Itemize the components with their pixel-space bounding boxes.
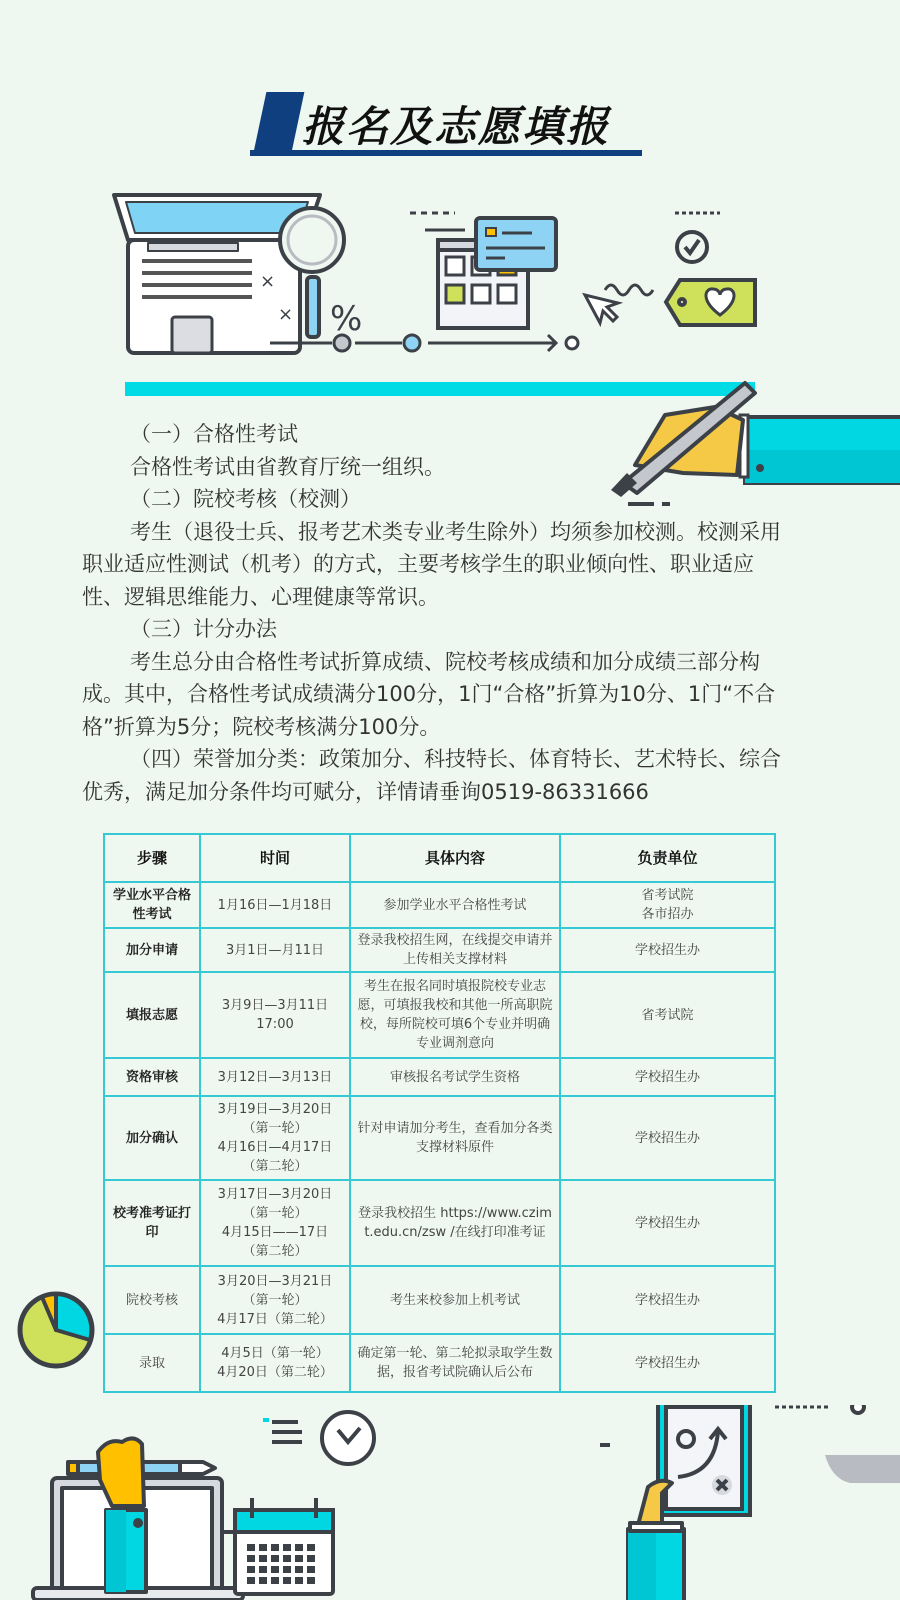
table-row: 院校考核 3月20日—3月21日（第一轮）4月17日（第二轮） 考生来校参加上机… (104, 1266, 775, 1334)
cell-content: 参加学业水平合格性考试 (350, 882, 560, 928)
cell-step: 填报志愿 (104, 972, 200, 1058)
cell-time: 3月19日—3月20日（第一轮）4月16日—4月17日（第二轮） (200, 1096, 350, 1180)
cell-step: 校考准考证打印 (104, 1180, 200, 1266)
clock-icon (322, 1412, 374, 1464)
cell-unit: 省考试院 (560, 972, 775, 1058)
time-line: （第一轮） (205, 1119, 345, 1138)
content-text: （一）合格性考试 合格性考试由省教育厅统一组织。 （二）院校考核（校测） 考生（… (82, 418, 802, 808)
decorative-dashes (410, 213, 465, 230)
cell-content: 登录我校招生网，在线提交申请并上传相关支撑材料 (350, 928, 560, 972)
title-accent-bar (254, 92, 305, 152)
table-row: 校考准考证打印 3月17日—3月20日（第一轮）4月15日——17日（第二轮） … (104, 1180, 775, 1266)
unit-line: 学校招生办 (565, 1291, 770, 1310)
table-row: 加分确认 3月19日—3月20日（第一轮）4月16日—4月17日（第二轮） 针对… (104, 1096, 775, 1180)
header-unit: 负责单位 (560, 834, 775, 882)
cell-content: 确定第一轮、第二轮拟录取学生数据，报省考试院确认后公布 (350, 1334, 560, 1392)
cell-time: 3月12日—3月13日 (200, 1058, 350, 1096)
calendar-icon (235, 1498, 333, 1594)
unit-line: 省考试院 (565, 1006, 770, 1025)
time-line: 4月17日（第二轮） (205, 1310, 345, 1329)
cell-time: 1月16日—1月18日 (200, 882, 350, 928)
table-row: 资格审核 3月12日—3月13日 审核报名考试学生资格 学校招生办 (104, 1058, 775, 1096)
section-heading: （二）院校考核（校测） (82, 483, 802, 516)
time-line: 3月1日—月11日 (205, 941, 345, 960)
time-line: 4月16日—4月17日 (205, 1138, 345, 1157)
cell-time: 3月9日—3月11日17:00 (200, 972, 350, 1058)
cell-content: 针对申请加分考生，查看加分各类支撑材料原件 (350, 1096, 560, 1180)
time-line: 17:00 (205, 1015, 345, 1034)
cell-unit: 学校招生办 (560, 1334, 775, 1392)
unit-line: 学校招生办 (565, 1354, 770, 1373)
cursor-icon (585, 285, 653, 323)
unit-line: 学校招生办 (565, 941, 770, 960)
section-body: 考生总分由合格性考试折算成绩、院校考核成绩和加分成绩三部分构成。其中，合格性考试… (82, 646, 787, 744)
cell-unit: 学校招生办 (560, 928, 775, 972)
cell-content: 考生来校参加上机考试 (350, 1266, 560, 1334)
table-row: 录取 4月5日（第一轮）4月20日（第二轮） 确定第一轮、第二轮拟录取学生数据，… (104, 1334, 775, 1392)
heart-tag-icon (666, 280, 755, 325)
cell-step: 加分申请 (104, 928, 200, 972)
time-line: （第一轮） (205, 1204, 345, 1223)
time-line: 3月19日—3月20日 (205, 1100, 345, 1119)
credit-card-icon (476, 218, 556, 270)
bottom-left-illustration (30, 1410, 390, 1600)
table-row: 加分申请 3月1日—月11日 登录我校招生网，在线提交申请并上传相关支撑材料 学… (104, 928, 775, 972)
cell-time: 3月20日—3月21日（第一轮）4月17日（第二轮） (200, 1266, 350, 1334)
check-circle-icon (675, 213, 720, 262)
page-title: 报名及志愿填报 (302, 94, 610, 154)
header-step: 步骤 (104, 834, 200, 882)
unit-line: 学校招生办 (565, 1129, 770, 1148)
clipboard-icon (658, 1405, 750, 1515)
time-line: （第一轮） (205, 1291, 345, 1310)
cell-content: 考生在报名同时填报院校专业志愿，可填报我校和其他一所高职院校，每所院校可填6个专… (350, 972, 560, 1058)
table-row: 学业水平合格性考试 1月16日—1月18日 参加学业水平合格性考试 省考试院各市… (104, 882, 775, 928)
menu-lines-icon (263, 1418, 302, 1442)
time-line: 4月20日（第二轮） (205, 1363, 345, 1382)
time-line: 3月12日—3月13日 (205, 1068, 345, 1087)
time-line: 3月17日—3月20日 (205, 1185, 345, 1204)
unit-line: 省考试院 (565, 886, 770, 905)
cell-unit: 学校招生办 (560, 1266, 775, 1334)
svg-text:×: × (278, 304, 293, 325)
table-row: 填报志愿 3月9日—3月11日17:00 考生在报名同时填报院校专业志愿，可填报… (104, 972, 775, 1058)
cell-time: 3月1日—月11日 (200, 928, 350, 972)
unit-line: 学校招生办 (565, 1068, 770, 1087)
time-line: （第二轮） (205, 1242, 345, 1261)
clipboard-illustration (600, 1405, 900, 1600)
laptop-hand-pencil-icon (33, 1438, 243, 1600)
svg-text:%: % (330, 299, 362, 339)
decorative-shape (825, 1455, 900, 1483)
cell-unit: 学校招生办 (560, 1180, 775, 1266)
section-body: 考生（退役士兵、报考艺术类专业考生除外）均须参加校测。校测采用职业适应性测试（机… (82, 516, 787, 614)
cell-unit: 省考试院各市招办 (560, 882, 775, 928)
cell-time: 4月5日（第一轮）4月20日（第二轮） (200, 1334, 350, 1392)
section-heading: （一）合格性考试 (82, 418, 802, 451)
schedule-table: 步骤 时间 具体内容 负责单位 学业水平合格性考试 1月16日—1月18日 参加… (103, 833, 776, 1393)
section-heading: （三）计分办法 (82, 613, 802, 646)
cell-unit: 学校招生办 (560, 1096, 775, 1180)
title-banner: 报名及志愿填报 (250, 92, 645, 156)
time-line: 3月9日—3月11日 (205, 996, 345, 1015)
cell-content: 登录我校招生 https://www.czimt.edu.cn/zsw /在线打… (350, 1180, 560, 1266)
table-header-row: 步骤 时间 具体内容 负责单位 (104, 834, 775, 882)
cell-step: 录取 (104, 1334, 200, 1392)
svg-text:×: × (260, 271, 275, 292)
cell-step: 学业水平合格性考试 (104, 882, 200, 928)
top-illustration: × × % (100, 185, 780, 385)
section-body: 合格性考试由省教育厅统一组织。 (82, 451, 802, 484)
cell-step: 资格审核 (104, 1058, 200, 1096)
time-line: 3月20日—3月21日 (205, 1272, 345, 1291)
cell-time: 3月17日—3月20日（第一轮）4月15日——17日（第二轮） (200, 1180, 350, 1266)
header-time: 时间 (200, 834, 350, 882)
cell-unit: 学校招生办 (560, 1058, 775, 1096)
time-line: 4月5日（第一轮） (205, 1344, 345, 1363)
time-line: （第二轮） (205, 1157, 345, 1176)
section-heading: （四）荣誉加分类：政策加分、科技特长、体育特长、艺术特长、综合优秀，满足加分条件… (82, 743, 787, 808)
cell-step: 院校考核 (104, 1266, 200, 1334)
pie-chart-icon (14, 1288, 98, 1372)
cell-step: 加分确认 (104, 1096, 200, 1180)
header-content: 具体内容 (350, 834, 560, 882)
time-line: 4月15日——17日 (205, 1223, 345, 1242)
unit-line: 各市招办 (565, 905, 770, 924)
unit-line: 学校招生办 (565, 1214, 770, 1233)
cell-content: 审核报名考试学生资格 (350, 1058, 560, 1096)
time-line: 1月16日—1月18日 (205, 896, 345, 915)
